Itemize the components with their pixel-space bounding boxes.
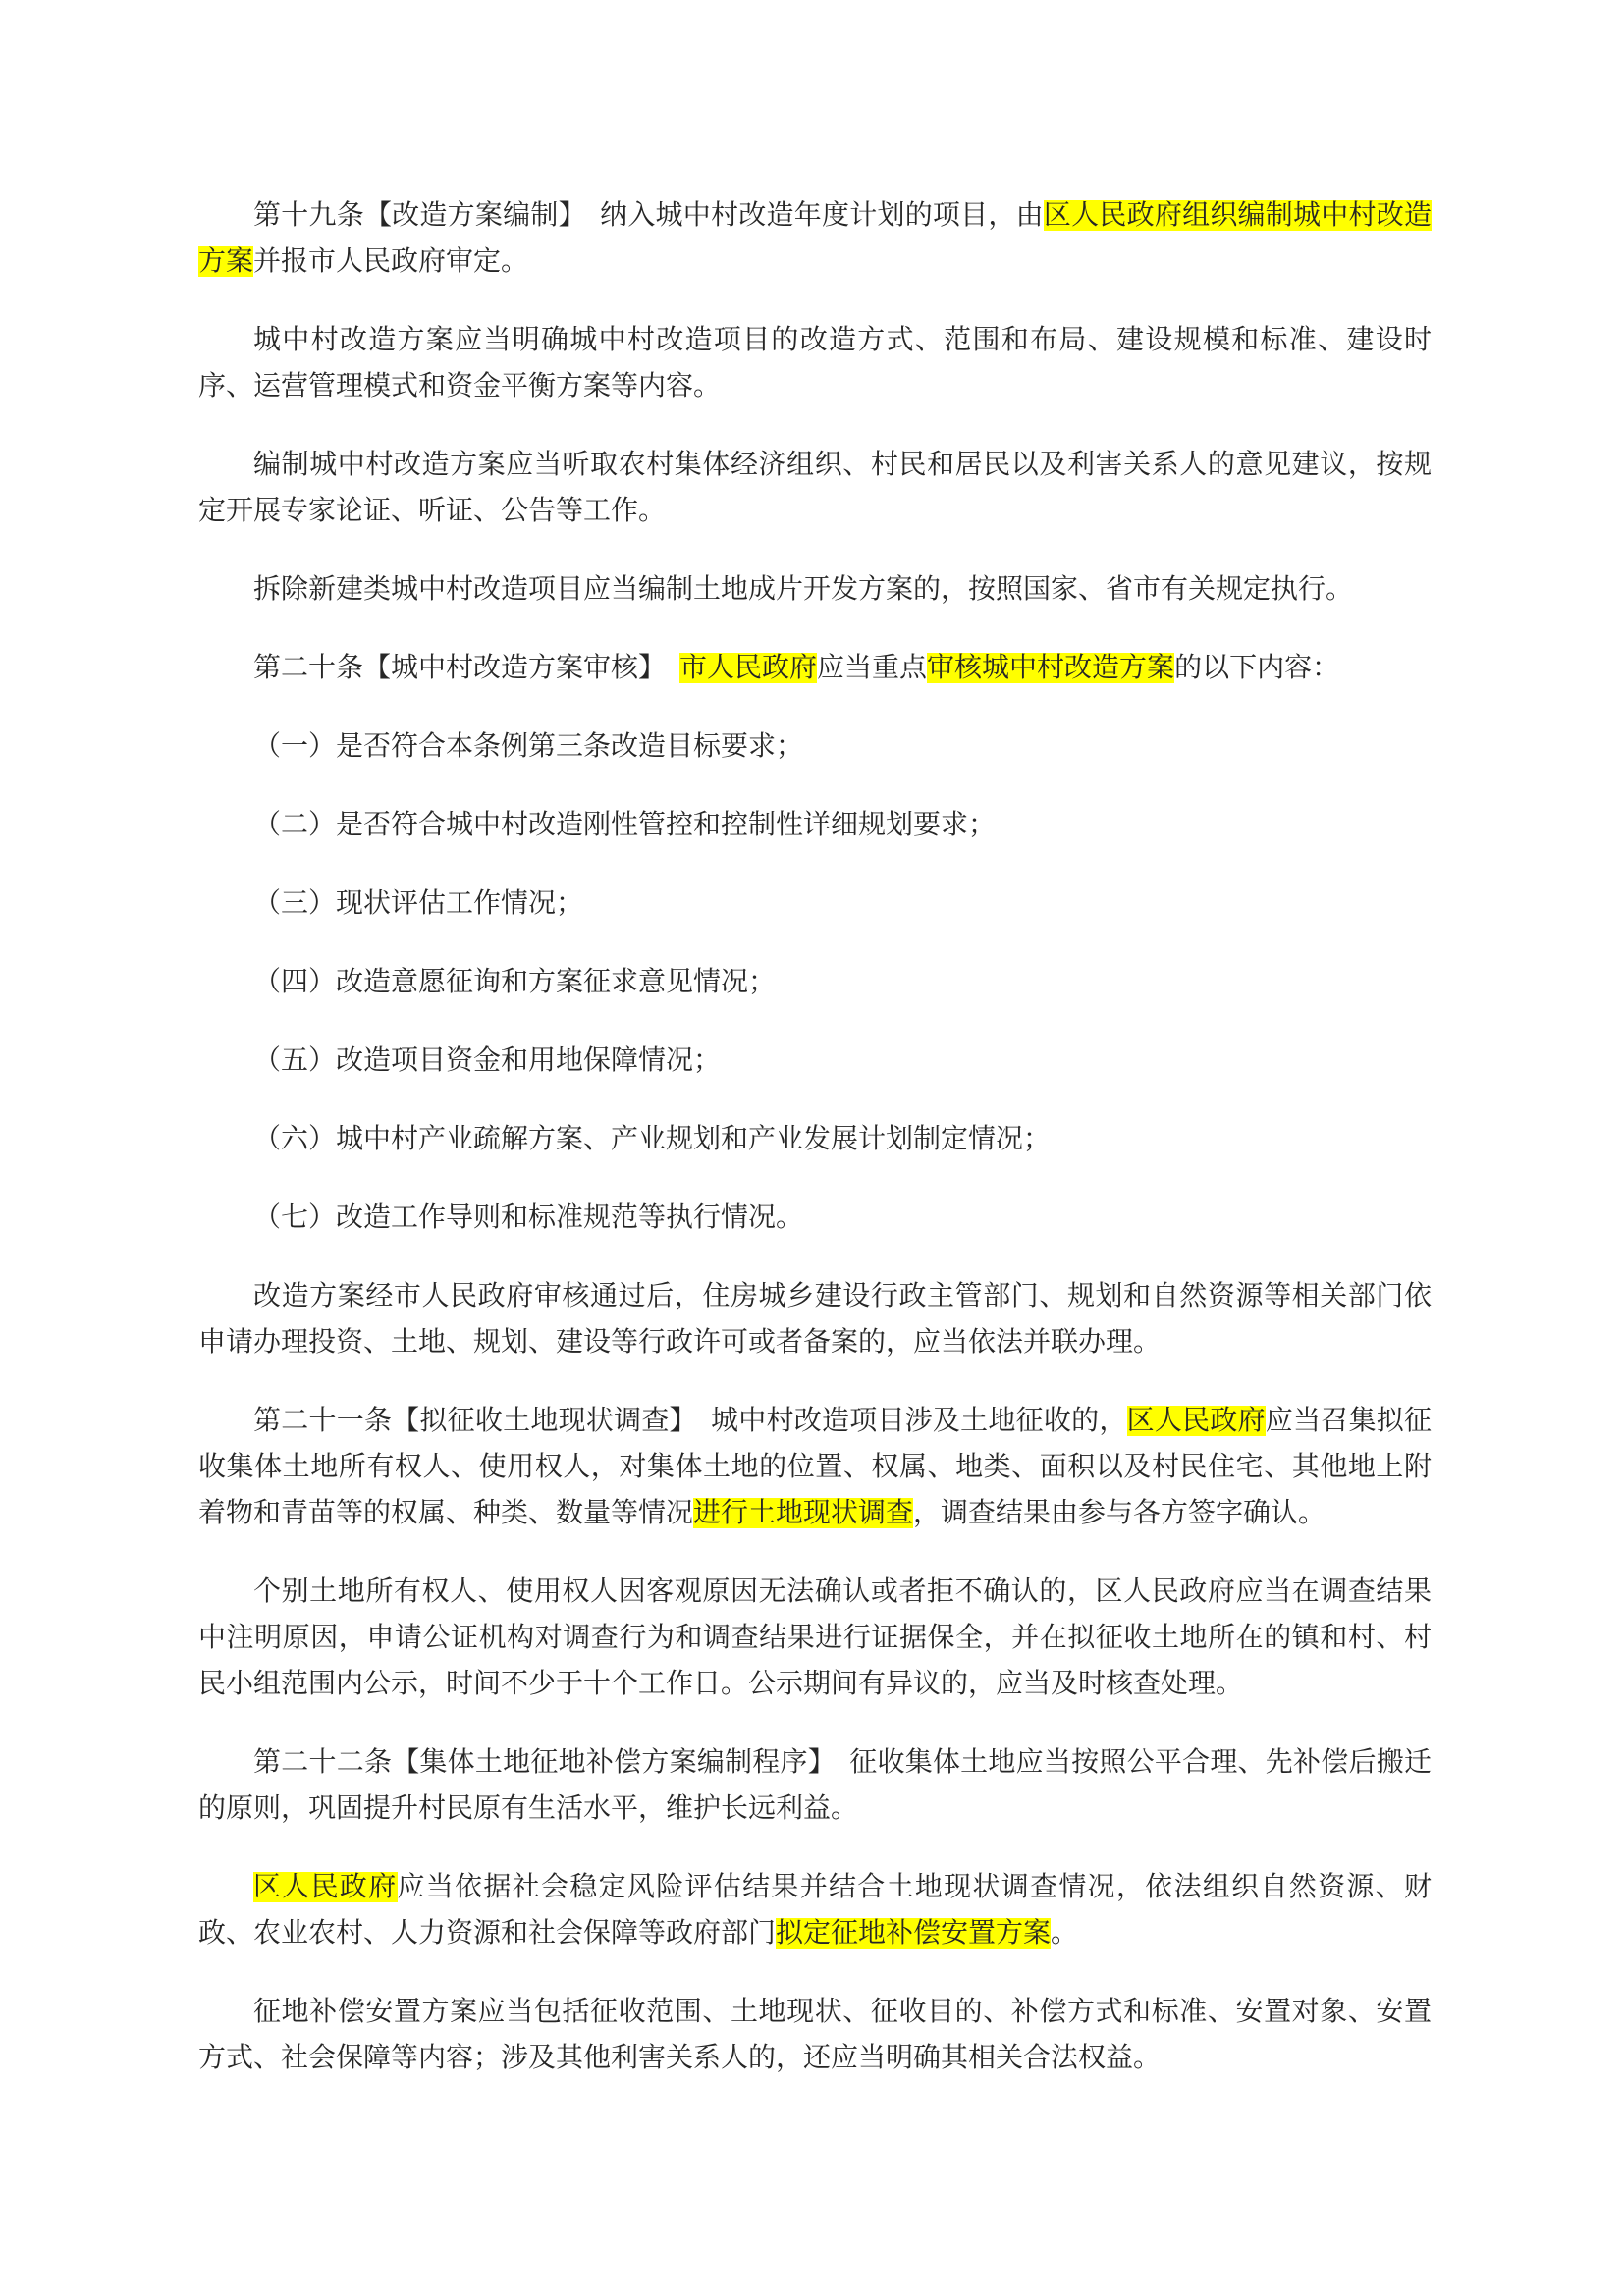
highlighted-text: 拟定征地补偿安置方案 <box>776 1918 1051 1949</box>
text-run: （一）是否符合本条例第三条改造目标要求； <box>253 731 803 762</box>
text-run: 并报市人民政府审定。 <box>253 246 528 277</box>
paragraph: （二）是否符合城中村改造刚性管控和控制性详细规划要求； <box>198 802 1432 848</box>
paragraph: （七）改造工作导则和标准规范等执行情况。 <box>198 1195 1432 1241</box>
text-run: （六）城中村产业疏解方案、产业规划和产业发展计划制定情况； <box>253 1124 1051 1154</box>
text-run: 征地补偿安置方案应当包括征收范围、土地现状、征收目的、补偿方式和标准、安置对象、… <box>198 1997 1432 2073</box>
paragraph: 第十九条【改造方案编制】 纳入城中村改造年度计划的项目，由区人民政府组织编制城中… <box>198 192 1432 285</box>
paragraph: （一）是否符合本条例第三条改造目标要求； <box>198 723 1432 770</box>
text-run: 第二十一条【拟征收土地现状调查】 城中村改造项目涉及土地征收的， <box>253 1406 1127 1436</box>
text-run: 第十九条【改造方案编制】 纳入城中村改造年度计划的项目，由 <box>253 200 1044 231</box>
text-run: 第二十二条【集体土地征地补偿方案编制程序】 征收集体土地应当按照公平合理、先补偿… <box>198 1747 1432 1824</box>
text-run: （三）现状评估工作情况； <box>253 888 583 919</box>
highlighted-text: 审核城中村改造方案 <box>927 653 1174 683</box>
document-page: 第十九条【改造方案编制】 纳入城中村改造年度计划的项目，由区人民政府组织编制城中… <box>0 0 1624 2296</box>
paragraph: 改造方案经市人民政府审核通过后，住房城乡建设行政主管部门、规划和自然资源等相关部… <box>198 1273 1432 1365</box>
paragraph: 拆除新建类城中村改造项目应当编制土地成片开发方案的，按照国家、省市有关规定执行。 <box>198 566 1432 613</box>
highlighted-text: 市人民政府 <box>679 653 817 683</box>
text-run: （七）改造工作导则和标准规范等执行情况。 <box>253 1202 803 1233</box>
paragraph: 第二十条【城中村改造方案审核】 市人民政府应当重点审核城中村改造方案的以下内容： <box>198 645 1432 691</box>
paragraph: （六）城中村产业疏解方案、产业规划和产业发展计划制定情况； <box>198 1116 1432 1162</box>
highlighted-text: 区人民政府 <box>253 1872 398 1902</box>
text-run: 个别土地所有权人、使用权人因客观原因无法确认或者拒不确认的，区人民政府应当在调查… <box>198 1576 1432 1699</box>
text-run: 城中村改造方案应当明确城中村改造项目的改造方式、范围和布局、建设规模和标准、建设… <box>198 325 1432 401</box>
text-run: 。 <box>1051 1918 1078 1949</box>
text-run: 拆除新建类城中村改造项目应当编制土地成片开发方案的，按照国家、省市有关规定执行。 <box>253 574 1353 605</box>
text-run: ，调查结果由参与各方签字确认。 <box>913 1498 1326 1528</box>
paragraph: 征地补偿安置方案应当包括征收范围、土地现状、征收目的、补偿方式和标准、安置对象、… <box>198 1989 1432 2081</box>
text-run: 的以下内容： <box>1174 653 1339 683</box>
paragraph: 第二十一条【拟征收土地现状调查】 城中村改造项目涉及土地征收的，区人民政府应当召… <box>198 1398 1432 1536</box>
highlighted-text: 区人民政府 <box>1127 1406 1266 1436</box>
text-run: 第二十条【城中村改造方案审核】 <box>253 653 679 683</box>
text-run: （二）是否符合城中村改造刚性管控和控制性详细规划要求； <box>253 810 996 840</box>
paragraph: 个别土地所有权人、使用权人因客观原因无法确认或者拒不确认的，区人民政府应当在调查… <box>198 1569 1432 1707</box>
text-run: 编制城中村改造方案应当听取农村集体经济组织、村民和居民以及利害关系人的意见建议，… <box>198 450 1432 526</box>
paragraph: 第二十二条【集体土地征地补偿方案编制程序】 征收集体土地应当按照公平合理、先补偿… <box>198 1739 1432 1832</box>
paragraph: 编制城中村改造方案应当听取农村集体经济组织、村民和居民以及利害关系人的意见建议，… <box>198 442 1432 534</box>
paragraph: 城中村改造方案应当明确城中村改造项目的改造方式、范围和布局、建设规模和标准、建设… <box>198 317 1432 409</box>
paragraph: 区人民政府应当依据社会稳定风险评估结果并结合土地现状调查情况，依法组织自然资源、… <box>198 1864 1432 1956</box>
highlighted-text: 进行土地现状调查 <box>693 1498 913 1528</box>
text-run: 改造方案经市人民政府审核通过后，住房城乡建设行政主管部门、规划和自然资源等相关部… <box>198 1281 1432 1358</box>
text-run: （四）改造意愿征询和方案征求意见情况； <box>253 967 776 997</box>
paragraph: （四）改造意愿征询和方案征求意见情况； <box>198 959 1432 1005</box>
document-content: 第十九条【改造方案编制】 纳入城中村改造年度计划的项目，由区人民政府组织编制城中… <box>198 192 1432 2081</box>
text-run: 应当重点 <box>817 653 927 683</box>
paragraph: （三）现状评估工作情况； <box>198 881 1432 927</box>
text-run: （五）改造项目资金和用地保障情况； <box>253 1045 721 1076</box>
paragraph: （五）改造项目资金和用地保障情况； <box>198 1038 1432 1084</box>
